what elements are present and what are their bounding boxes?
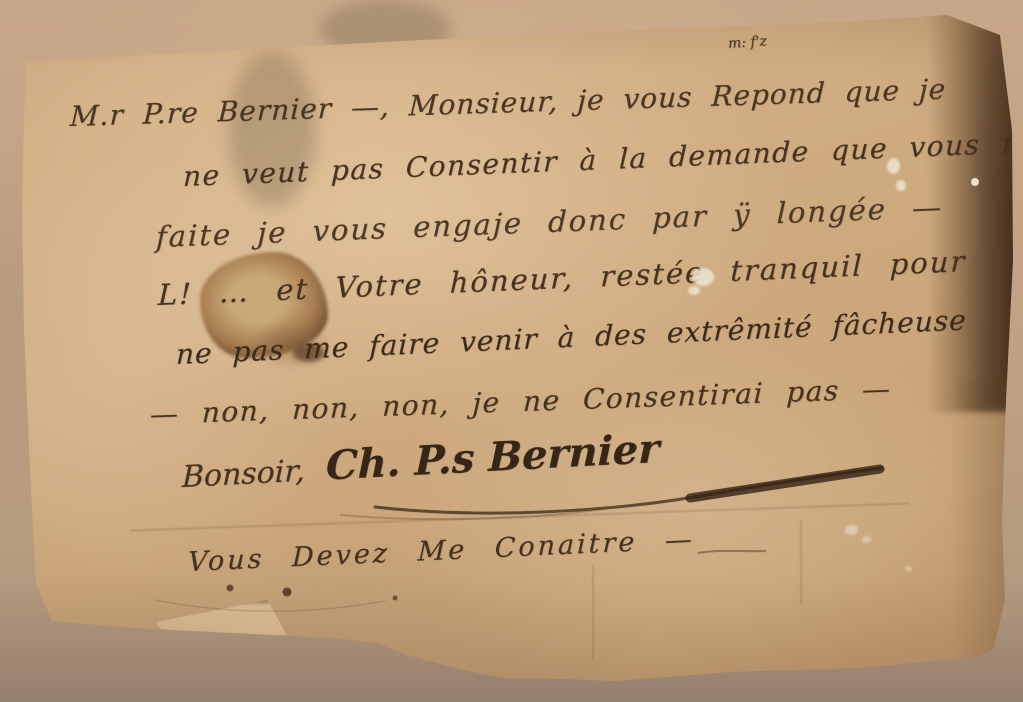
paint-spot bbox=[692, 268, 714, 286]
paint-spot bbox=[862, 536, 871, 543]
paint-spot bbox=[896, 180, 906, 191]
closing-word: Bonsoir, bbox=[182, 454, 306, 496]
crease-line bbox=[800, 520, 802, 605]
paint-spot bbox=[905, 566, 912, 572]
crease-line bbox=[130, 502, 910, 531]
paint-spot bbox=[845, 525, 858, 535]
torn-flap bbox=[155, 600, 287, 637]
letter-line-6: — non, non, non, je ne Consentirai pas — bbox=[149, 372, 892, 431]
fold-edge-line bbox=[22, 11, 959, 53]
corner-annotation: m: f'z bbox=[727, 33, 767, 52]
letter-paper: —— 28 ou —— m: f'z M.r P.re Bernier —, M… bbox=[0, 0, 1023, 702]
signature: Ch. P.s Bernier bbox=[326, 425, 660, 490]
paint-spot bbox=[688, 286, 700, 295]
photo-backing-board: —— 28 ou —— m: f'z M.r P.re Bernier —, M… bbox=[0, 0, 1023, 702]
postscript-line: Vous Devez Me Conaitre — bbox=[188, 524, 696, 578]
crack-line bbox=[698, 551, 766, 553]
signature-flourish-thick bbox=[690, 469, 880, 498]
letter-line-1: M.r P.re Bernier —, Monsieur, je vous Re… bbox=[69, 72, 946, 133]
fold-text: —— 28 ou —— bbox=[455, 2, 627, 32]
paint-spot bbox=[887, 158, 900, 174]
ink-dot bbox=[283, 588, 292, 597]
crease-line bbox=[592, 565, 594, 660]
closing-and-signature: Bonsoir, Ch. P.s Bernier bbox=[182, 425, 660, 497]
burn-stain-right-lower bbox=[950, 380, 1020, 670]
ink-dot bbox=[227, 585, 234, 592]
ink-dot bbox=[393, 596, 398, 601]
